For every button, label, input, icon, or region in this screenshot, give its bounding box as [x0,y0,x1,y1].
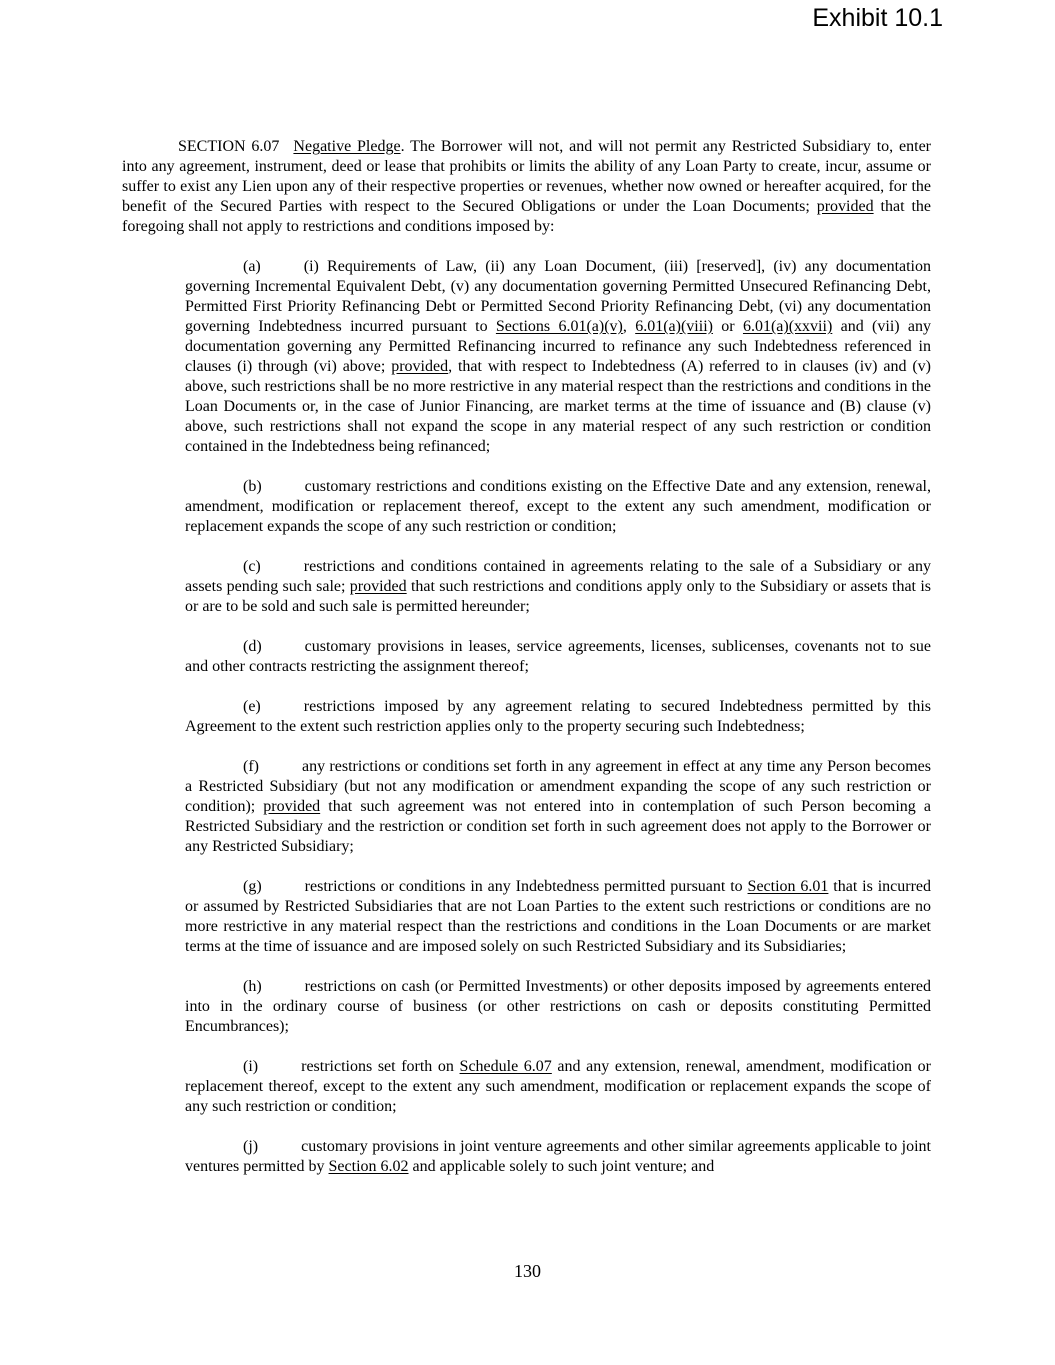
exhibit-label: Exhibit 10.1 [812,3,943,33]
paragraph-label: SECTION 6.07 [178,138,279,155]
clause-paragraph-h: (h)restrictions on cash (or Permitted In… [185,977,931,1037]
tab-spacer [262,890,305,891]
clause-paragraph-g: (g)restrictions or conditions in any Ind… [185,877,931,957]
paragraph-label: (i) [243,1058,258,1075]
section-paragraph: SECTION 6.07Negative Pledge. The Borrowe… [122,137,931,237]
underlined-reference: provided [391,358,448,375]
page-number: 130 [0,1260,1055,1282]
underlined-reference: Sections 6.01(a)(v) [496,318,623,335]
paragraph-label: (c) [243,558,261,575]
clause-paragraph-j: (j)customary provisions in joint venture… [185,1137,931,1177]
tab-spacer [262,650,305,651]
paragraph-label: (j) [243,1138,258,1155]
tab-spacer [261,570,304,571]
underlined-reference: Section 6.02 [329,1158,409,1175]
paragraph-label: (b) [243,478,262,495]
text-segment: and applicable solely to such joint vent… [409,1158,715,1175]
tab-spacer [262,990,305,991]
underlined-reference: provided [263,798,320,815]
paragraph-label: (h) [243,978,262,995]
text-segment: customary provisions in leases, service … [185,638,931,675]
text-segment: restrictions or conditions in any Indebt… [305,878,748,895]
document-page: Exhibit 10.1 SECTION 6.07Negative Pledge… [0,0,1055,1365]
paragraph-label: (g) [243,878,262,895]
underlined-reference: Negative Pledge [293,138,400,155]
paragraph-label: (a) [243,258,261,275]
text-segment: restrictions imposed by any agreement re… [185,698,931,735]
tab-spacer [262,490,305,491]
clause-paragraph-c: (c)restrictions and conditions contained… [185,557,931,617]
underlined-reference: 6.01(a)(xxvii) [743,318,832,335]
tab-spacer [258,1070,301,1071]
paragraph-label: (f) [243,758,259,775]
underlined-reference: 6.01(a)(viii) [635,318,713,335]
tab-spacer [259,770,302,771]
clause-paragraph-i: (i)restrictions set forth on Schedule 6.… [185,1057,931,1117]
underlined-reference: Section 6.01 [748,878,829,895]
text-segment: restrictions on cash (or Permitted Inves… [185,978,931,1035]
clause-paragraph-f: (f)any restrictions or conditions set fo… [185,757,931,857]
clause-paragraph-e: (e)restrictions imposed by any agreement… [185,697,931,737]
tab-spacer [258,1150,301,1151]
document-body: SECTION 6.07Negative Pledge. The Borrowe… [122,137,931,1197]
underlined-reference: provided [817,198,874,215]
text-segment: , [623,318,635,335]
text-segment: customary restrictions and conditions ex… [185,478,931,535]
tab-spacer [279,150,293,151]
clause-paragraph-a: (a)(i) Requirements of Law, (ii) any Loa… [185,257,931,457]
clause-paragraph-d: (d)customary provisions in leases, servi… [185,637,931,677]
underlined-reference: Schedule 6.07 [460,1058,552,1075]
tab-spacer [261,270,304,271]
paragraph-label: (e) [243,698,261,715]
text-segment: restrictions set forth on [301,1058,459,1075]
text-segment: or [713,318,743,335]
clause-paragraph-b: (b)customary restrictions and conditions… [185,477,931,537]
paragraph-label: (d) [243,638,262,655]
underlined-reference: provided [350,578,407,595]
text-segment: and any extension, renewal, amendment, m… [185,1058,931,1115]
tab-spacer [261,710,304,711]
